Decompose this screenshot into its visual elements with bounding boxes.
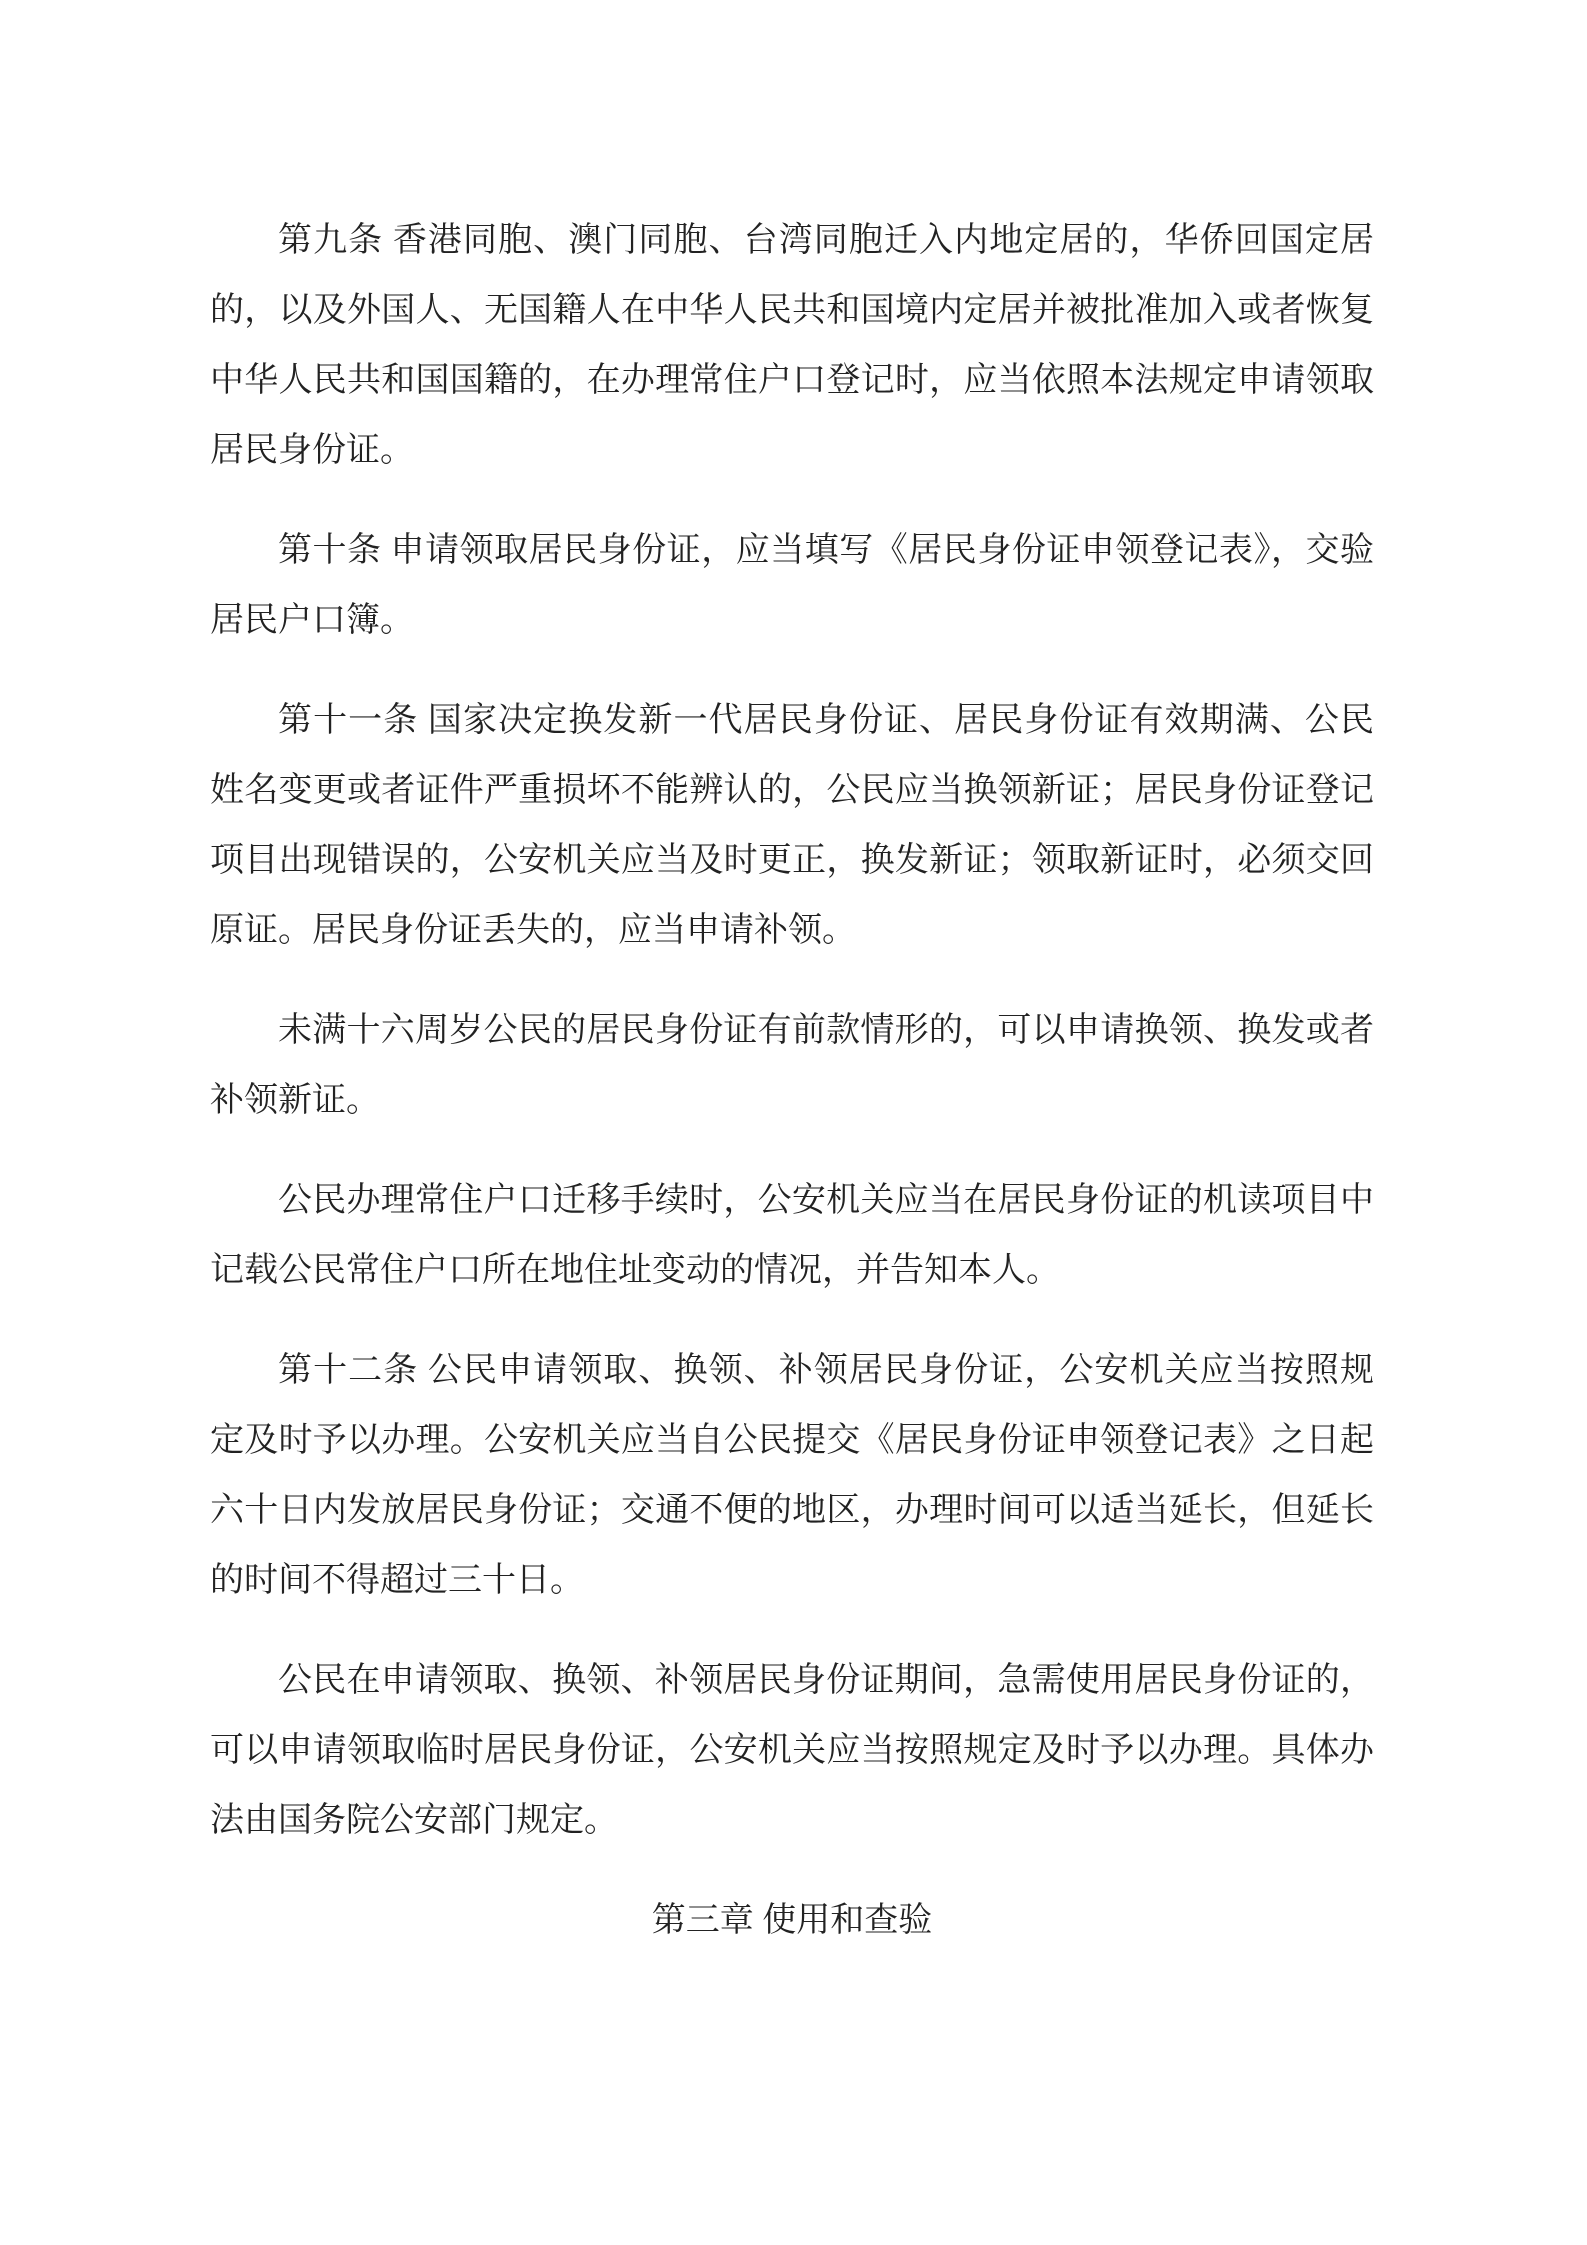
law-paragraph-article-11-clause-2: 未满十六周岁公民的居民身份证有前款情形的，可以申请换领、换发或者补领新证。 (210, 996, 1374, 1136)
law-paragraph-article-10: 第十条 申请领取居民身份证，应当填写《居民身份证申领登记表》，交验居民户口簿。 (210, 516, 1374, 656)
law-paragraph-article-11: 第十一条 国家决定换发新一代居民身份证、居民身份证有效期满、公民姓名变更或者证件… (210, 686, 1374, 966)
law-paragraph-article-12-clause-2: 公民在申请领取、换领、补领居民身份证期间，急需使用居民身份证的，可以申请领取临时… (210, 1646, 1374, 1856)
law-paragraph-article-11-clause-3: 公民办理常住户口迁移手续时，公安机关应当在居民身份证的机读项目中记载公民常住户口… (210, 1166, 1374, 1306)
law-paragraph-article-12: 第十二条 公民申请领取、换领、补领居民身份证，公安机关应当按照规定及时予以办理。… (210, 1336, 1374, 1616)
document-page: 第九条 香港同胞、澳门同胞、台湾同胞迁入内地定居的，华侨回国定居的，以及外国人、… (0, 0, 1587, 2245)
chapter-heading: 第三章 使用和查验 (210, 1886, 1374, 1956)
law-paragraph-article-9: 第九条 香港同胞、澳门同胞、台湾同胞迁入内地定居的，华侨回国定居的，以及外国人、… (210, 206, 1374, 486)
